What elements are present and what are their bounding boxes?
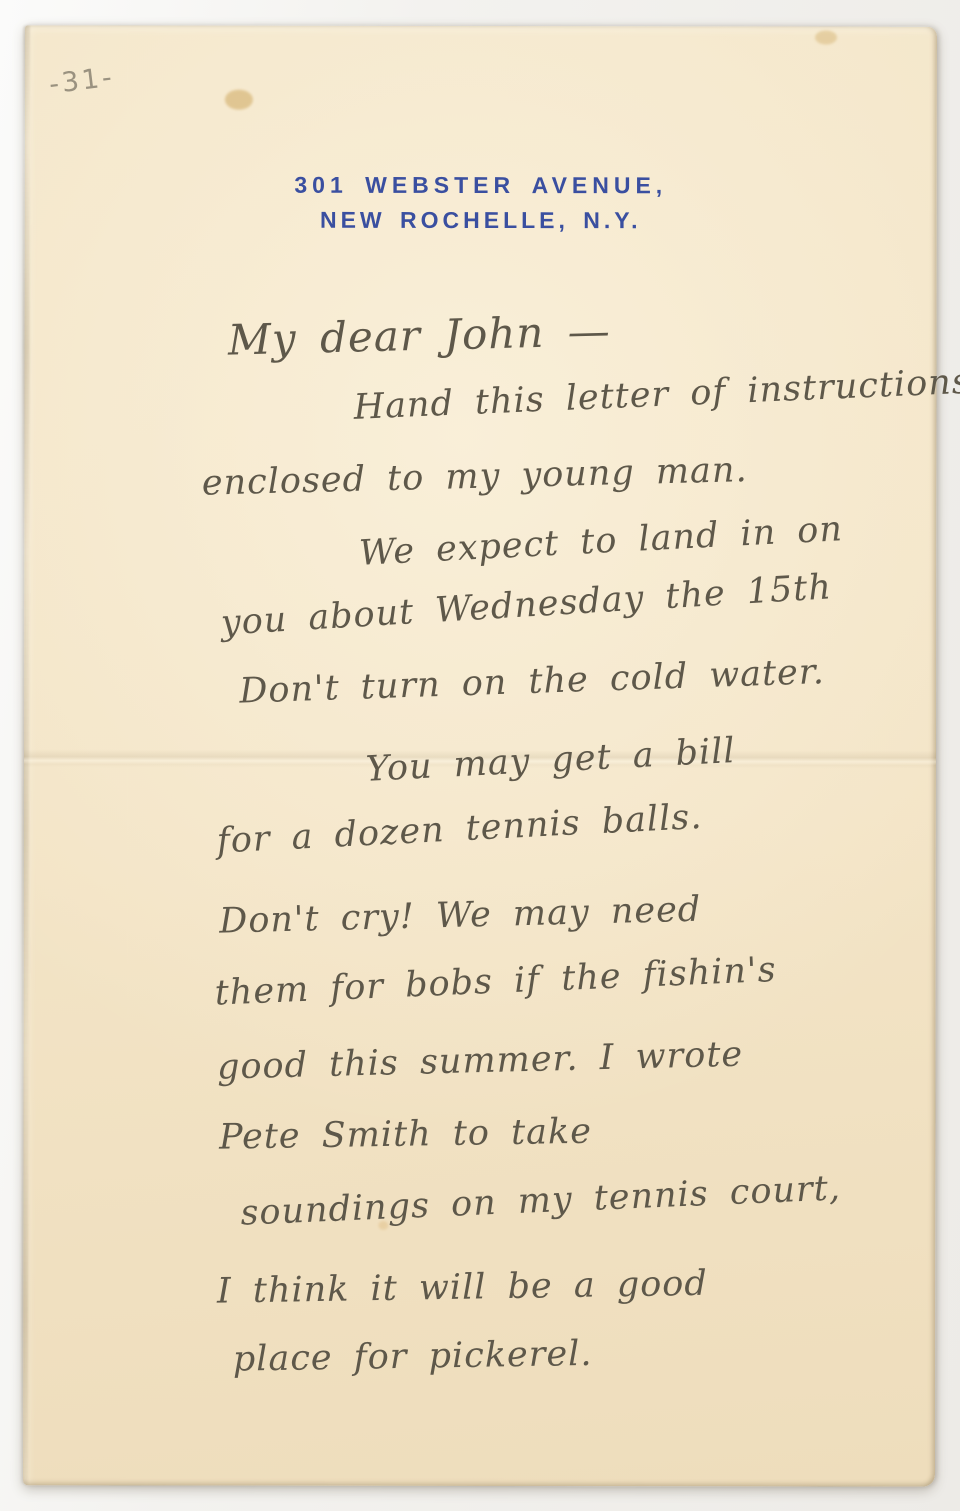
- letter-line: We expect to land in on: [358, 509, 844, 574]
- letter-line: Hand this letter of instructions: [353, 362, 960, 428]
- letter-line: good this summer. I wrote: [217, 1035, 744, 1088]
- letter-line: You may get a bill: [365, 731, 737, 790]
- letter-line: you about Wednesday the 15th: [220, 567, 833, 643]
- letter-line: enclosed to my young man.: [201, 450, 748, 504]
- letter-line: them for bobs if the fishin's: [214, 950, 777, 1014]
- letter-line: I think it will be a good: [217, 1264, 708, 1312]
- letter-line: Pete Smith to take: [219, 1112, 592, 1158]
- handwritten-body: My dear John — Hand this letter of instr…: [23, 25, 937, 1486]
- letter-line: Don't cry! We may need: [219, 890, 702, 942]
- letter-line: place for pickerel.: [232, 1334, 592, 1380]
- letter-line: soundings on my tennis court,: [240, 1168, 842, 1233]
- letter-line: for a dozen tennis balls.: [216, 797, 703, 862]
- letter-line: Don't turn on the cold water.: [239, 652, 826, 712]
- salutation-line: My dear John —: [227, 306, 611, 364]
- letter-page: -31- 301 WEBSTER AVENUE, NEW ROCHELLE, N…: [23, 25, 937, 1486]
